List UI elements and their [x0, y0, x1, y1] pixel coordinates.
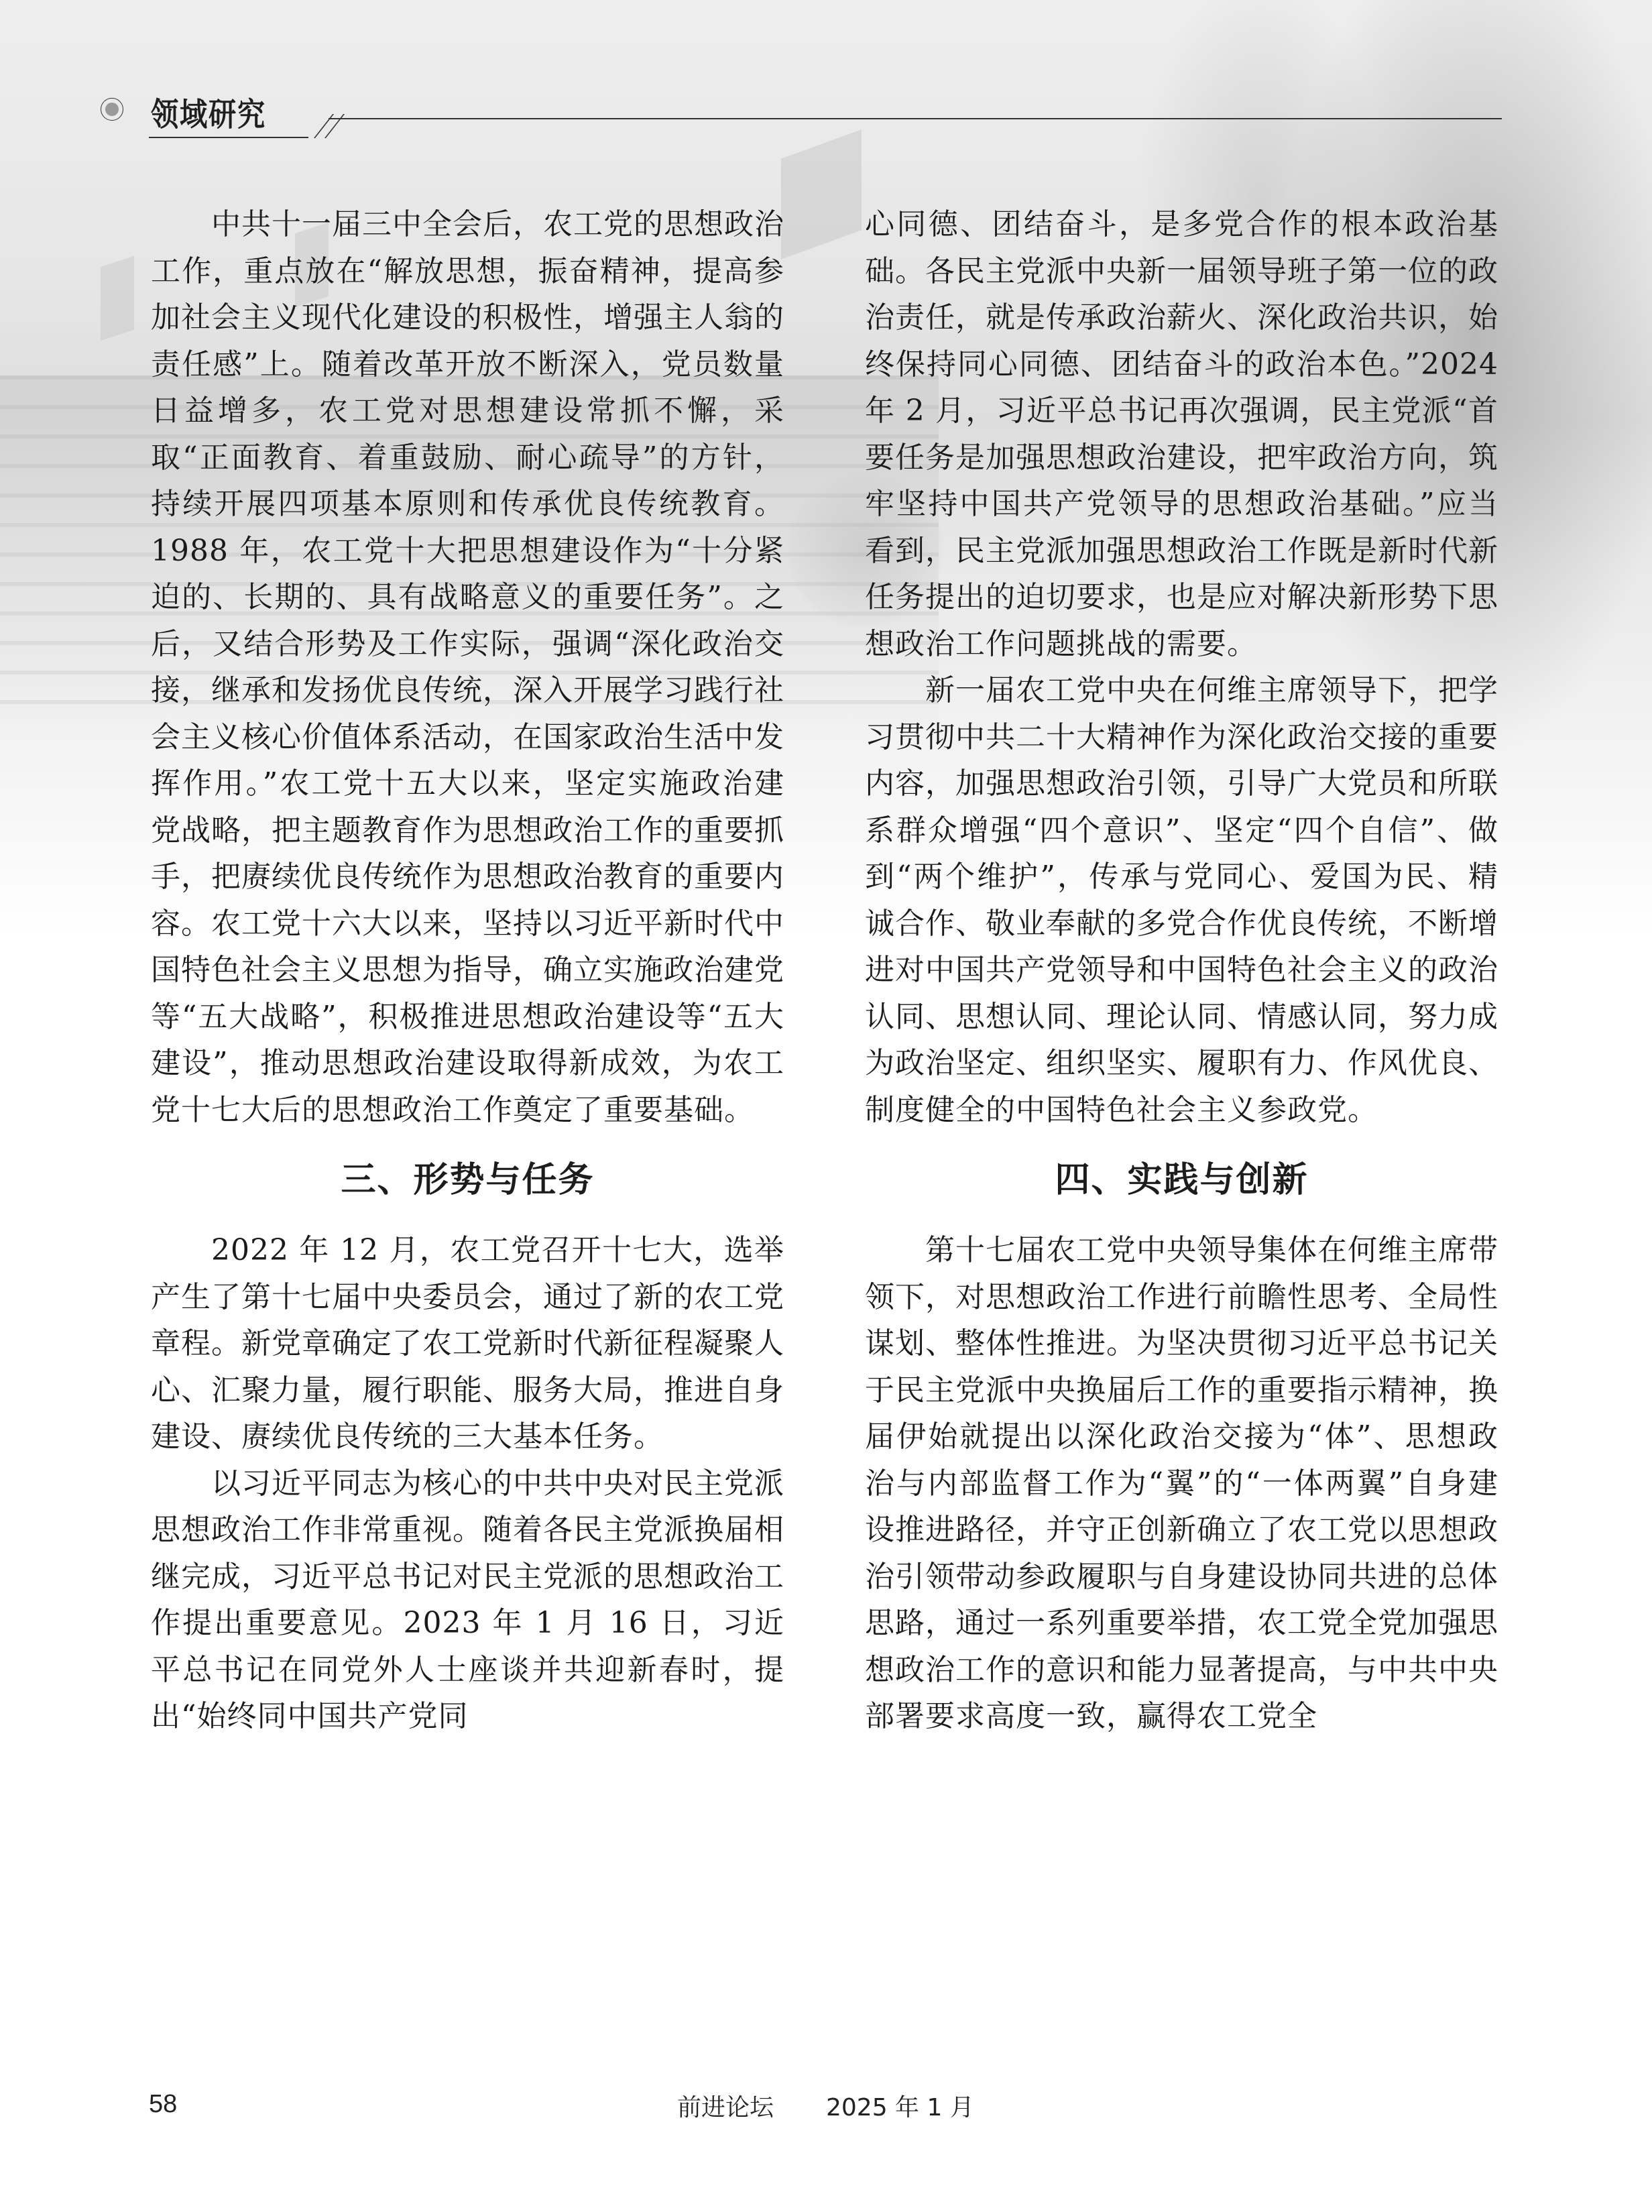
body-paragraph: 第十七届农工党中央领导集体在何维主席带领下，对思想政治工作进行前瞻性思考、全局性…: [865, 1227, 1498, 1740]
header-rule-bottom: [149, 137, 308, 138]
page-number: 58: [149, 2090, 177, 2119]
header-rule-top: [329, 118, 1502, 119]
target-circle-icon: [101, 98, 123, 121]
body-paragraph: 新一届农工党中央在何维主席领导下，把学习贯彻中共二十大精神作为深化政治交接的重要…: [865, 667, 1498, 1133]
page-header: 领域研究: [0, 0, 1652, 154]
section-label: 领域研究: [151, 89, 266, 135]
header-slash-decoration: [314, 114, 334, 138]
issue-date: 2025 年 1 月: [826, 2089, 974, 2123]
body-paragraph: 2022 年 12 月，农工党召开十七大，选举产生了第十七届中央委员会，通过了新…: [151, 1227, 784, 1460]
left-column: 中共十一届三中全会后，农工党的思想政治工作，重点放在“解放思想，振奋精神，提高参…: [151, 201, 784, 1740]
body-paragraph: 中共十一届三中全会后，农工党的思想政治工作，重点放在“解放思想，振奋精神，提高参…: [151, 201, 784, 1133]
body-paragraph-continued: 心同德、团结奋斗，是多党合作的根本政治基础。各民主党派中央新一届领导班子第一位的…: [865, 201, 1498, 667]
body-paragraph: 以习近平同志为核心的中共中央对民主党派思想政治工作非常重视。随着各民主党派换届相…: [151, 1460, 784, 1740]
section-heading-4: 四、实践与创新: [865, 1133, 1498, 1227]
journal-title: 前进论坛: [677, 2089, 774, 2123]
right-column: 心同德、团结奋斗，是多党合作的根本政治基础。各民主党派中央新一届领导班子第一位的…: [865, 201, 1498, 1740]
flag-icon-left: [101, 256, 134, 341]
section-heading-3: 三、形势与任务: [151, 1133, 784, 1227]
